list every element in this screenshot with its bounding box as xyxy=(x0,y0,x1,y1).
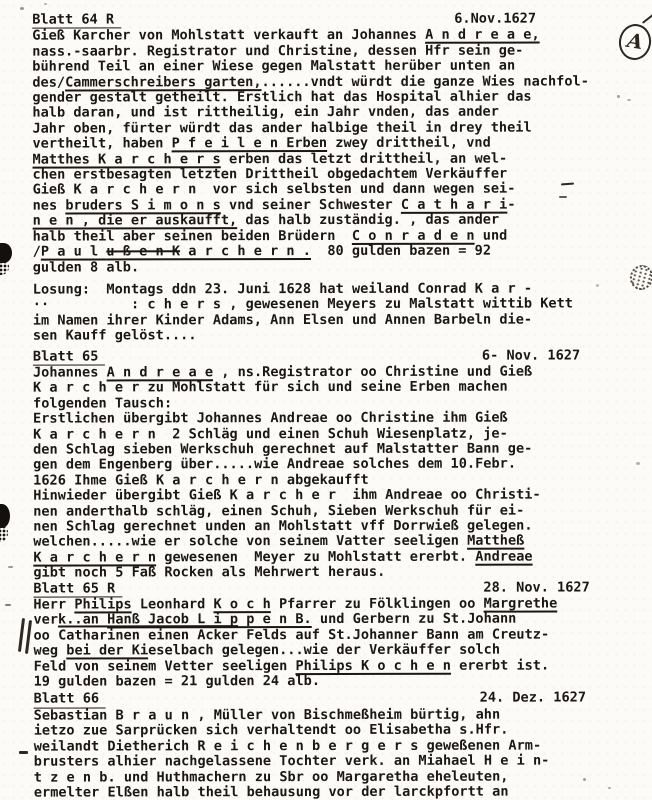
emphasized-text: Cammerschreibers garten, xyxy=(65,74,261,90)
emphasized-text: Philips K o c h e n xyxy=(295,657,451,673)
ink-speck xyxy=(583,778,586,781)
margin-dash xyxy=(8,566,13,568)
scanned-document-page: Blatt 64 R6.Nov.1627Gieß Karcher von Moh… xyxy=(0,0,652,800)
section-blatt-66: Blatt 6624. Dez. 1627Sebastian B r a u n… xyxy=(1,691,652,800)
text-line: Hinwieder übergibt Gieß K a r c h e r ih… xyxy=(33,488,652,505)
text-line: gen dem Engenberg über.....wie Andreae s… xyxy=(33,457,652,474)
ink-speck xyxy=(20,7,24,10)
emphasized-text: bei der Ki xyxy=(66,643,148,659)
ink-speck xyxy=(608,787,611,789)
text-segment: Felds auf St.Johanner Bann am Creutz- xyxy=(238,626,549,643)
section-heading-row: Blatt 64 R6.Nov.1627 xyxy=(32,11,651,29)
text-segment: Pfarrer zu Fölklingen oo xyxy=(271,596,484,612)
text-segment: Johannes xyxy=(33,364,107,380)
text-line: ermelter Elßen halb theil behausung vor … xyxy=(34,784,652,800)
emphasized-text: a r c h e r n . xyxy=(180,243,311,259)
ink-blob xyxy=(0,243,12,277)
text-segment: gewesenen Meyer zu Mohlstatt ererbt. xyxy=(156,549,475,566)
emphasized-text: C o n r a d e n xyxy=(352,227,475,243)
text-segment: nes xyxy=(33,197,66,213)
section-date: 6.Nov.1627 xyxy=(454,12,536,28)
section-heading: Blatt 64 R xyxy=(32,12,121,29)
text-segment: oo xyxy=(33,627,58,643)
emphasized-text: Matthes K a r c h e r s xyxy=(32,151,220,167)
emphasized-text: P f e i l e n Erben xyxy=(172,135,328,151)
text-segment: welchen.....wie er solche von seinem Vat… xyxy=(33,533,467,550)
emphasized-text: K o c h xyxy=(213,596,270,612)
section-heading-row: Blatt 65 R28. Nov. 1627 xyxy=(33,580,652,598)
circled-letter: A xyxy=(626,33,644,51)
text-segment: erben das letzt drittheil, an wel- xyxy=(221,150,507,167)
section-date: 28. Nov. 1627 xyxy=(483,580,589,596)
text-segment: und xyxy=(475,227,508,243)
margin-dash xyxy=(559,196,567,198)
section-date: 24. Dez. 1627 xyxy=(480,691,586,707)
section-heading: Blatt 66 xyxy=(34,692,107,709)
section-heading: Blatt 65 xyxy=(33,349,106,366)
section-blatt-65: Blatt 656- Nov. 1627Johannes A n d r e a… xyxy=(0,348,652,581)
emphasized-text: K a r c h e r n xyxy=(33,549,156,565)
emphasized-text: P a u l xyxy=(41,244,107,260)
ink-speck xyxy=(69,286,72,288)
text-line: Feld von seinem Vetter seeligen Philips … xyxy=(34,658,652,675)
emphasized-text: A n d r e a e xyxy=(107,364,213,380)
section-blatt-65r: Blatt 65 R28. Nov. 1627Herr Philips Leon… xyxy=(0,580,652,690)
text-segment: verk..an xyxy=(33,612,107,628)
section-heading-row: Blatt 6624. Dez. 1627 xyxy=(34,691,652,709)
text-line: ietzo zue Sarprücken sich verhaltendt oo… xyxy=(34,723,652,740)
text-segment: des/ xyxy=(32,74,65,90)
emphasized-text: Mattheß xyxy=(467,533,524,549)
text-line: Gieß Karcher von Mohlstatt verkauft an J… xyxy=(32,28,651,45)
text-segment: zwey drittheil, vnd xyxy=(327,135,491,151)
text-segment: Feld von seinem Vetter seeligen xyxy=(34,658,296,675)
section-heading-row: Blatt 656- Nov. 1627 xyxy=(33,348,652,366)
text-segment: ......vndt würdt die ganze Wies nachfol- xyxy=(261,73,588,90)
section-losung: Losung: Montags ddn 23. Juni 1628 hat we… xyxy=(0,281,652,344)
emphasized-text: bruders S i m o n s xyxy=(65,197,221,213)
ink-blob-speckle xyxy=(0,525,8,542)
text-segment: eselbach gelegen...wie der Verkäuffer so… xyxy=(148,642,500,659)
text-segment: 80 gulden bazen = 92 xyxy=(311,243,491,259)
section-date: 6- Nov. 1627 xyxy=(482,348,580,364)
section-heading: Blatt 65 R xyxy=(33,581,122,598)
text-segment: vnd seiner Schwester xyxy=(221,197,401,213)
text-segment: Gieß Karcher von Mohlstatt verkauft an J… xyxy=(32,27,425,44)
text-line: halb daran, und ist rittheilig, ein Jahr… xyxy=(32,105,651,122)
document-text: Blatt 64 R6.Nov.1627Gieß Karcher von Moh… xyxy=(0,0,652,800)
text-line: /P a u l u ß e n K a r c h e r n . 80 gu… xyxy=(33,243,652,260)
ink-speck xyxy=(627,99,631,101)
emphasized-text: Philips xyxy=(74,596,131,612)
text-segment: vertheilt, haben xyxy=(32,136,171,152)
emphasized-text: Margrethe xyxy=(484,596,558,612)
ink-speck xyxy=(44,3,47,5)
text-segment: , ns.Registrator oo Christine und Gieß xyxy=(213,364,532,381)
text-line: ·· : c h e r s , gewesenen Meyers zu Mal… xyxy=(33,297,652,314)
section-blatt-64r: Blatt 64 R6.Nov.1627Gieß Karcher von Moh… xyxy=(0,11,652,275)
text-line: im Namen ihrer Kinder Adams, Ann Elsen u… xyxy=(33,312,652,329)
text-segment: ererbt ist. xyxy=(451,657,549,673)
text-segment: Leonhard xyxy=(132,596,214,612)
ink-speck xyxy=(617,95,620,98)
text-segment: Herr xyxy=(33,597,74,613)
emphasized-text: u ß e n K xyxy=(106,243,180,259)
emphasized-text: Catharinen einen Acker xyxy=(58,627,238,643)
emphasized-text: n e n , die er auskaufft, xyxy=(33,212,238,228)
ink-speck xyxy=(596,284,599,287)
text-line: sen Kauff gelöst.... xyxy=(33,327,652,344)
text-segment: weg xyxy=(34,643,67,659)
text-segment: das halb zuständig. , das ander xyxy=(237,212,499,229)
text-segment: / xyxy=(33,244,41,260)
text-line: 19 gulden bazen = 21 gulden 24 alb. xyxy=(34,673,652,690)
emphasized-text: C a t h a r i xyxy=(401,196,507,212)
margin-dash xyxy=(5,604,11,606)
ink-speck xyxy=(636,462,640,465)
emphasized-text: A n d r e a e, xyxy=(425,27,540,43)
emphasized-text: Hanß Jacob L i p p e n B. xyxy=(107,611,312,627)
margin-dash xyxy=(19,751,28,754)
text-segment: halb theil aber seinen beiden Brüdern xyxy=(33,228,352,245)
text-line: K a r c h e r zu Mohlstatt für sich und … xyxy=(33,380,652,397)
ink-blob xyxy=(0,504,10,544)
text-segment: - xyxy=(507,196,515,212)
text-segment: und Gerbern zu St.Johann xyxy=(312,611,517,627)
text-line: gulden 8 alb. xyxy=(33,259,652,276)
ink-blob-speckle xyxy=(0,260,9,274)
text-line: Erstlichen übergibt Johannes Andreae oo … xyxy=(33,410,652,427)
emphasized-text: Andreae xyxy=(475,548,532,564)
text-line: brusters alhier nachgelassene Tochter ve… xyxy=(34,753,652,770)
